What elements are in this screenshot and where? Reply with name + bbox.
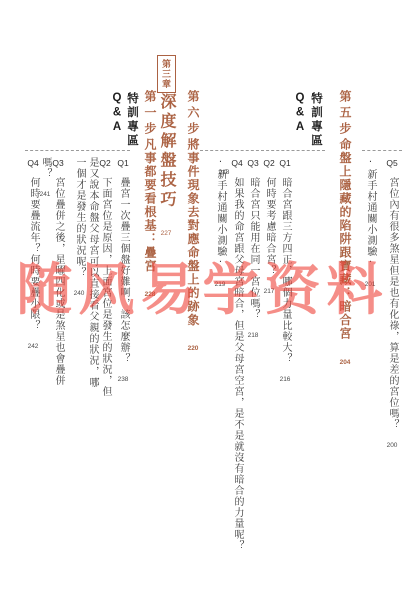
qa-section-header: 特訓專區	[124, 92, 140, 148]
quiz-text: ‧新手村通關小測驗‧	[215, 157, 226, 269]
page-number: 201	[365, 278, 376, 291]
qa-header-text: Q&A	[111, 92, 123, 136]
section-title: 第六步將事件現象去對應命盤上的跡象220	[180, 90, 206, 362]
section-step-label: 第六步	[186, 90, 200, 138]
qa-header-text: 特訓專區	[310, 92, 322, 148]
page-number: 219	[215, 278, 226, 291]
qa-section-header: Q&A	[292, 92, 308, 136]
question-text: 何時要疊流年？何時要疊小限？	[28, 177, 39, 331]
toc-entry-quiz: ‧新手村通關小測驗‧201	[364, 157, 377, 291]
toc-page: Q5宮位內有很多煞星但是也有化祿，算是差的宮位嗎？200‧新手村通關小測驗‧20…	[0, 0, 405, 603]
toc-entry-question: Q1暗合宮跟三方四正，哪個力量比較大？216	[279, 157, 292, 572]
section-subtitle: 將事件現象去對應命盤上的跡象	[186, 138, 200, 327]
qa-section-header: 特訓專區	[308, 92, 324, 148]
question-label: Q4	[231, 157, 242, 170]
question-label: Q2	[263, 157, 274, 170]
dashed-divider	[25, 150, 130, 151]
page-number: 216	[280, 373, 291, 386]
toc-entry-question: Q3暗合宮只能用在同一宮位嗎？218	[247, 157, 260, 572]
question-text: 疊宮一次疊三個盤好難啊，該怎麼辦？	[118, 177, 129, 364]
page-number: 217	[264, 285, 275, 298]
toc-entry-question: Q5宮位內有很多煞星但是也有化祿，算是差的宮位嗎？200	[386, 157, 399, 572]
quiz-text: ‧新手村通關小測驗‧	[365, 157, 376, 269]
toc-entry-question: Q1疊宮一次疊三個盤好難啊，該怎麼辦？238	[117, 157, 130, 397]
section-step-label: 第一步	[143, 90, 157, 138]
question-label: Q3	[52, 157, 63, 170]
question-text: 如果我的命宮跟父母宮暗合，但是父母宮空宮，是不是就沒有暗合的力量呢？	[232, 177, 243, 551]
question-text: 宮位內有很多煞星但是也有化祿，算是差的宮位嗎？	[387, 177, 398, 430]
question-text: 暗合宮只能用在同一宮位嗎？	[248, 177, 259, 320]
question-label: Q1	[117, 157, 128, 170]
toc-entry-question: Q2下面宮位是原因，上面宮位是發生的狀況，但是又說本命盤父母宮可以直接看父親的狀…	[73, 157, 112, 397]
qa-section-header: Q&A	[109, 92, 125, 136]
page-number: 200	[387, 439, 398, 452]
question-label: Q3	[247, 157, 258, 170]
question-label: Q2	[99, 157, 110, 170]
page-number: 228	[145, 282, 156, 308]
page-number: 241	[40, 188, 51, 201]
dashed-divider	[362, 150, 402, 151]
qa-header-text: Q&A	[294, 92, 306, 136]
toc-entry-question: Q2何時要考慮暗合宮？217	[263, 157, 276, 572]
toc-entry-question: Q4何時要疊流年？何時要疊小限？242	[27, 157, 40, 397]
question-text: 下面宮位是原因，上面宮位是發生的狀況，但是又說本命盤父母宮可以直接看父親的狀況，…	[74, 157, 111, 397]
section-subtitle: 命盤上隱藏的陷阱跟寶藏：暗合宮	[338, 138, 352, 341]
section-title: 第五步命盤上隱藏的陷阱跟寶藏：暗合宮204	[332, 90, 358, 376]
page-number: 218	[248, 329, 259, 342]
chapter-number-box: 第三章	[157, 55, 176, 93]
question-text: 暗合宮跟三方四正，哪個力量比較大？	[280, 177, 291, 364]
dashed-divider	[200, 150, 325, 151]
qa-header-text: 特訓專區	[126, 92, 138, 148]
page-number: 204	[340, 350, 351, 376]
section-subtitle: 凡事都要看根基：疊宮	[143, 138, 157, 273]
section-step-label: 第五步	[338, 90, 352, 138]
toc-entry-quiz: ‧新手村通關小測驗‧219	[214, 157, 227, 291]
section-title: 第一步凡事都要看根基：疊宮228	[137, 90, 163, 308]
toc-entry-question: Q3宮位疊併之後，星曜四化或是煞星也會疊併嗎？241	[39, 157, 65, 397]
page-number: 240	[74, 287, 85, 300]
page-number: 220	[188, 336, 199, 362]
page-number: 238	[118, 373, 129, 386]
question-label: Q1	[279, 157, 290, 170]
question-label: Q4	[27, 157, 38, 170]
question-label: Q5	[386, 157, 397, 170]
page-number: 242	[28, 340, 39, 353]
question-text: 何時要考慮暗合宮？	[264, 177, 275, 276]
